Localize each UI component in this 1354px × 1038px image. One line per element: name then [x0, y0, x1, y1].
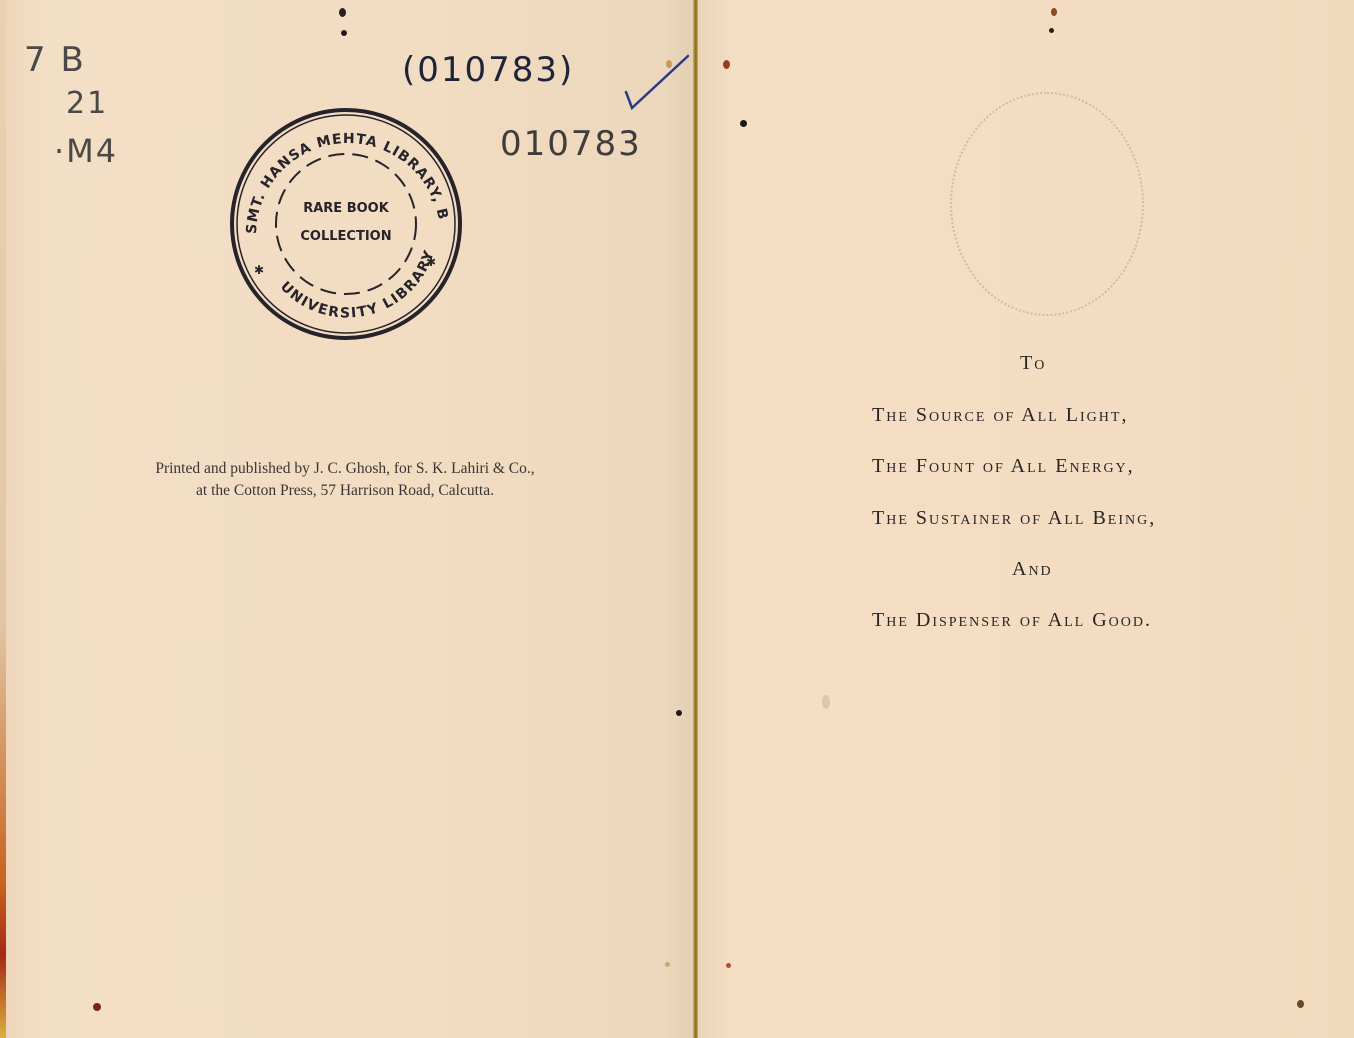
page-edge: [0, 0, 6, 1038]
dedication-line-1: The Source of All Light,: [872, 404, 1128, 427]
call-number-line-3: ·M4: [54, 132, 118, 170]
ink-spot: [341, 30, 347, 36]
dedication-and: And: [1012, 558, 1053, 581]
foxing-spot: [1297, 1000, 1304, 1008]
check-icon: [620, 52, 690, 112]
accession-number-bracketed: (010783): [402, 50, 574, 90]
dedication-line-4: The Dispenser of All Good.: [872, 609, 1152, 632]
accession-number: 010783: [500, 124, 642, 164]
foxing-spot: [723, 60, 730, 69]
paper-blemish: [822, 695, 830, 709]
foxing-spot: [93, 1003, 101, 1011]
foxing-spot: [726, 963, 731, 968]
stamp-star-left-icon: ✱: [254, 263, 264, 277]
foxing-spot: [665, 962, 670, 967]
call-number-line-2: 21: [66, 86, 108, 121]
foxing-spot: [666, 60, 672, 68]
dedication-line-3: The Sustainer of All Being,: [872, 507, 1156, 530]
ink-spot: [676, 710, 682, 716]
stamp-star-right-icon: ✱: [426, 255, 436, 269]
ink-spot: [339, 8, 346, 17]
imprint-line-1: Printed and published by J. C. Ghosh, fo…: [60, 458, 630, 480]
dedication-to: To: [1020, 352, 1046, 375]
faint-stamp-impression: [950, 92, 1144, 316]
dedication-line-2: The Fount of All Energy,: [872, 455, 1135, 478]
stamp-inner-line-1: RARE BOOK: [303, 201, 389, 216]
ink-spot: [740, 120, 747, 127]
printer-imprint: Printed and published by J. C. Ghosh, fo…: [60, 458, 630, 502]
imprint-line-2: at the Cotton Press, 57 Harrison Road, C…: [60, 480, 630, 502]
ink-spot: [1049, 28, 1054, 33]
left-page: 7 B 21 ·M4 (010783) 010783 SMT. HANSA ME…: [0, 0, 694, 1038]
foxing-spot: [1051, 8, 1057, 16]
call-number-line-1: 7 B: [24, 40, 86, 80]
library-stamp: SMT. HANSA MEHTA LIBRARY, BARODA. UNIVER…: [226, 106, 466, 344]
stamp-inner-line-2: COLLECTION: [300, 229, 391, 244]
